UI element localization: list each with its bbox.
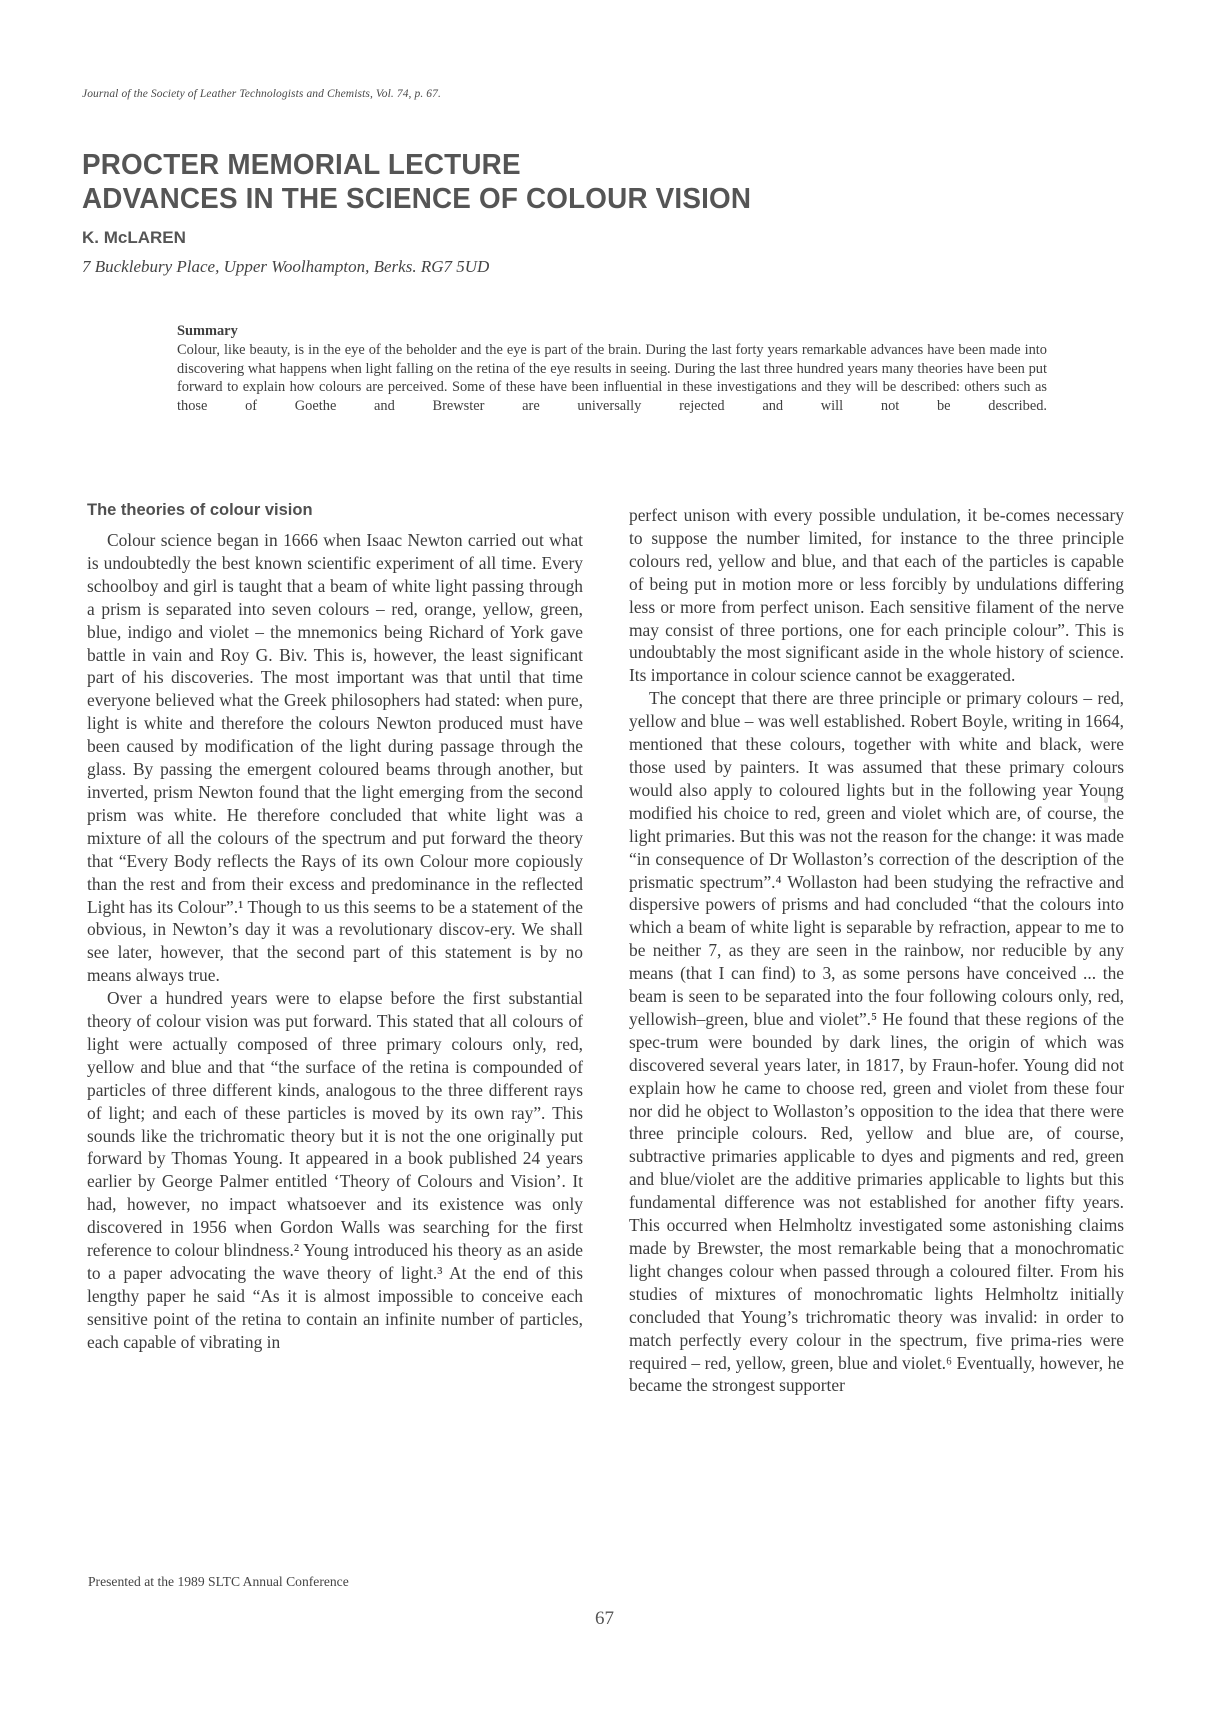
author-name: K. McLAREN bbox=[82, 228, 186, 248]
body-paragraph: perfect unison with every possible undul… bbox=[629, 504, 1124, 687]
scan-artifact-mark bbox=[1104, 795, 1108, 803]
body-paragraph: Colour science began in 1666 when Isaac … bbox=[87, 529, 583, 987]
title-line-1: PROCTER MEMORIAL LECTURE bbox=[82, 148, 751, 182]
body-paragraph: The concept that there are three princip… bbox=[629, 687, 1124, 1397]
title-line-2: ADVANCES IN THE SCIENCE OF COLOUR VISION bbox=[82, 182, 751, 216]
summary-heading: Summary bbox=[177, 322, 1047, 341]
page-number: 67 bbox=[595, 1608, 614, 1630]
author-address: 7 Bucklebury Place, Upper Woolhampton, B… bbox=[82, 257, 489, 277]
right-column: perfect unison with every possible undul… bbox=[629, 504, 1124, 1397]
footnote: Presented at the 1989 SLTC Annual Confer… bbox=[88, 1574, 349, 1590]
left-column: The theories of colour vision Colour sci… bbox=[87, 500, 583, 1354]
running-head: Journal of the Society of Leather Techno… bbox=[82, 88, 441, 100]
section-heading: The theories of colour vision bbox=[87, 500, 583, 520]
body-paragraph: Over a hundred years were to elapse befo… bbox=[87, 987, 583, 1354]
summary-block: Summary Colour, like beauty, is in the e… bbox=[177, 322, 1047, 416]
summary-text: Colour, like beauty, is in the eye of th… bbox=[177, 341, 1047, 416]
article-title: PROCTER MEMORIAL LECTURE ADVANCES IN THE… bbox=[82, 148, 751, 216]
